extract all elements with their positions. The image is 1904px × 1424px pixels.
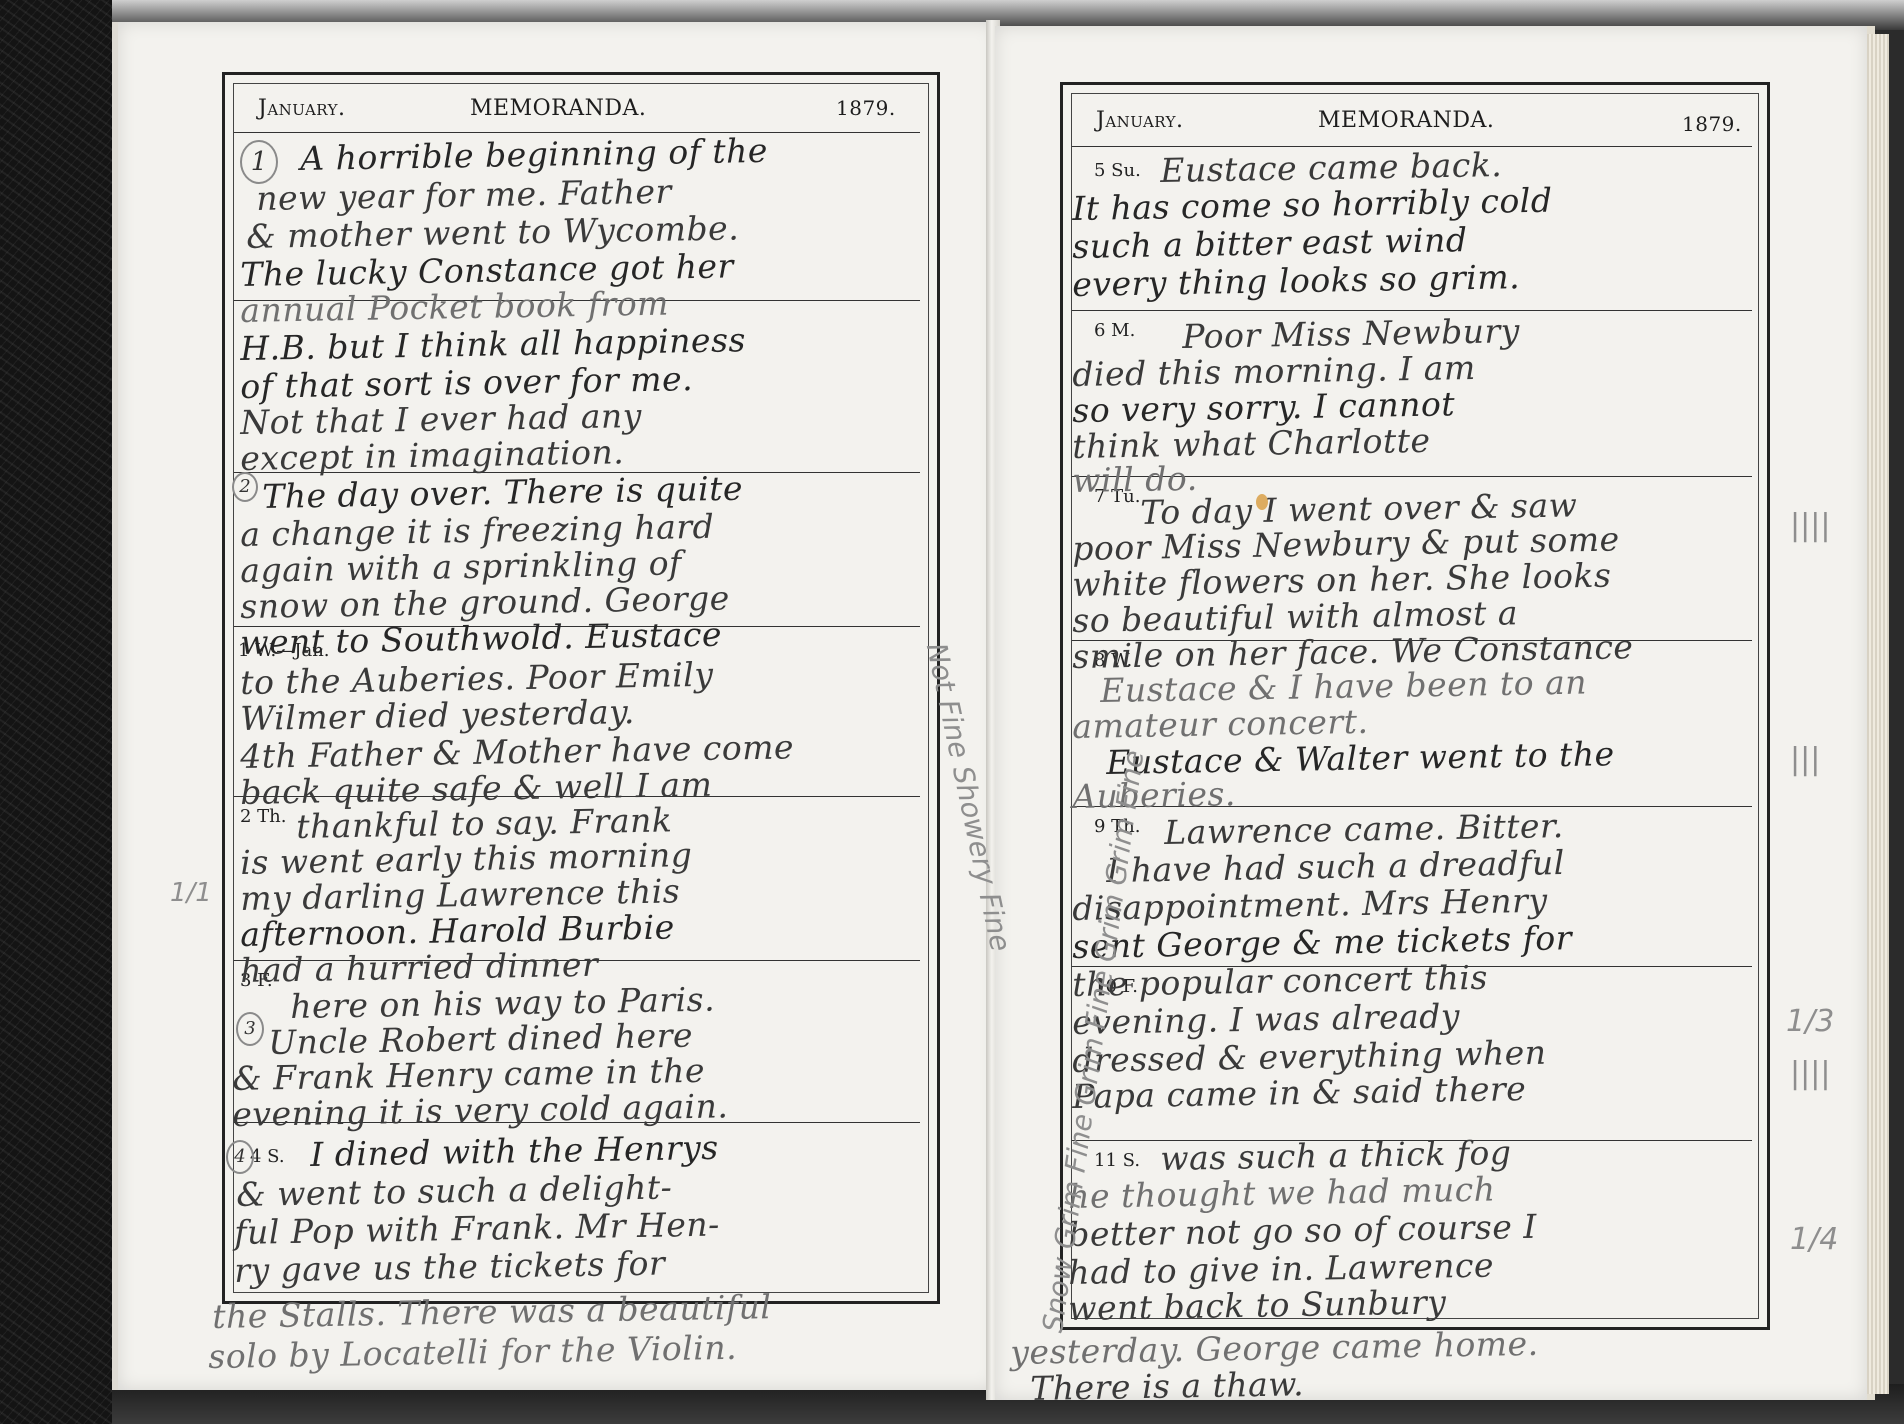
margin-pencil-note: 1/3 — [1786, 1004, 1834, 1039]
tally-marks: |||| — [1790, 1056, 1830, 1091]
circled-date: 1 — [240, 140, 278, 184]
page-edges — [1867, 34, 1889, 1394]
right-header-month: January. — [1096, 108, 1184, 133]
tally-marks: |||| — [1790, 508, 1830, 543]
circled-date: 3 — [236, 1012, 264, 1046]
handwritten-line: went back to Sunbury — [1068, 1283, 1447, 1328]
handwritten-line: There is a thaw. — [1030, 1365, 1304, 1408]
day-label: 5 Su. — [1094, 160, 1141, 181]
right-header-year: 1879. — [1682, 112, 1742, 136]
day-label: 11 S. — [1094, 1150, 1140, 1171]
handwritten-line: every thing looks so grim. — [1072, 258, 1520, 304]
day-label: 6 M. — [1094, 320, 1135, 341]
leather-cover-spine — [0, 0, 112, 1424]
left-header-title: MEMORANDA. — [470, 96, 646, 121]
tally-marks: ||| — [1790, 742, 1820, 777]
handwritten-line: Auberies. — [1072, 775, 1236, 816]
circled-date: 4 — [226, 1140, 254, 1174]
handwritten-line: Papa came in & said there — [1072, 1070, 1527, 1116]
margin-pencil-note: 1/4 — [1790, 1222, 1838, 1257]
left-header-month: January. — [258, 96, 346, 121]
right-header-title: MEMORANDA. — [1318, 108, 1494, 133]
left-header-year: 1879. — [836, 96, 896, 120]
handwritten-line: ry gave us the tickets for — [234, 1244, 666, 1290]
header-rule — [234, 132, 920, 133]
day-label: 4 S. — [250, 1146, 285, 1167]
section-rule — [1072, 310, 1752, 311]
margin-pencil-note: 1/1 — [170, 878, 212, 908]
